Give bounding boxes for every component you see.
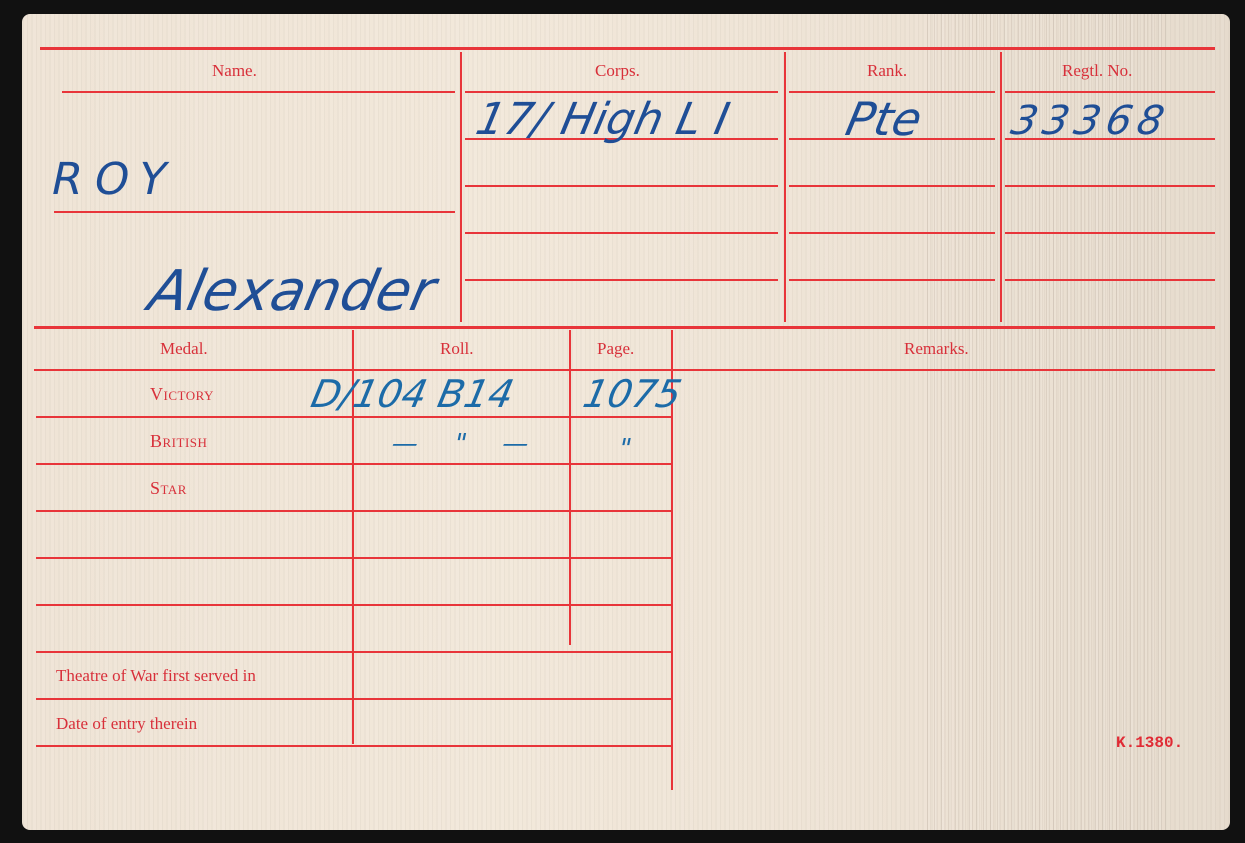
header-roll: Roll. [440, 339, 474, 359]
row-rule-3 [36, 510, 671, 512]
theatre-label: Theatre of War first served in [56, 666, 256, 686]
date-entry-label: Date of entry therein [56, 714, 197, 734]
corps-rule-4 [465, 232, 778, 234]
header-corps: Corps. [595, 61, 640, 81]
form-number: K.1380. [1116, 734, 1183, 752]
row-rule-2 [36, 463, 671, 465]
corps-entry: 17/ High L I [472, 94, 734, 145]
corps-rule-3 [465, 185, 778, 187]
name-rule-2 [54, 211, 455, 213]
corps-rule-5 [465, 279, 778, 281]
victory-page-entry: 1075 [579, 372, 685, 416]
name-rule-1 [62, 91, 455, 93]
regtl-no-entry: 33368 [1007, 98, 1174, 144]
divider-roll-page [569, 330, 571, 645]
corps-rule-1 [465, 91, 778, 93]
regtl-rule-1 [1005, 91, 1215, 93]
header-name: Name. [212, 61, 257, 81]
regtl-rule-4 [1005, 232, 1215, 234]
row-rule-7 [36, 698, 671, 700]
table-header-rule [34, 369, 1215, 371]
row-rule-6 [36, 651, 671, 653]
medal-star-label: Star [150, 478, 187, 499]
regtl-rule-3 [1005, 185, 1215, 187]
header-remarks: Remarks. [904, 339, 969, 359]
medal-victory-label: Victory [150, 384, 214, 405]
row-rule-4 [36, 557, 671, 559]
row-rule-8 [36, 745, 671, 747]
rank-rule-3 [789, 185, 995, 187]
header-rank: Rank. [867, 61, 907, 81]
header-medal: Medal. [160, 339, 208, 359]
top-rule [40, 47, 1215, 50]
forename-entry: Alexander [143, 259, 441, 324]
row-rule-1 [36, 416, 671, 418]
british-roll-entry: — " — [389, 429, 546, 459]
header-regtl-no: Regtl. No. [1062, 61, 1132, 81]
header-page: Page. [597, 339, 634, 359]
middle-rule [34, 326, 1215, 329]
divider-corps-rank [784, 52, 786, 322]
divider-name-corps [460, 52, 462, 322]
victory-roll-entry: D/104 B14 [307, 372, 517, 416]
regtl-rule-5 [1005, 279, 1215, 281]
medal-british-label: British [150, 431, 207, 452]
row-rule-5 [36, 604, 671, 606]
surname-entry: ROY [47, 154, 184, 205]
british-page-entry: " [616, 434, 634, 464]
rank-rule-5 [789, 279, 995, 281]
rank-entry: Pte [841, 92, 927, 146]
medal-index-card: Name. Corps. Rank. Regtl. No. ROY Alexan… [22, 14, 1230, 830]
divider-rank-regtl [1000, 52, 1002, 322]
rank-rule-4 [789, 232, 995, 234]
